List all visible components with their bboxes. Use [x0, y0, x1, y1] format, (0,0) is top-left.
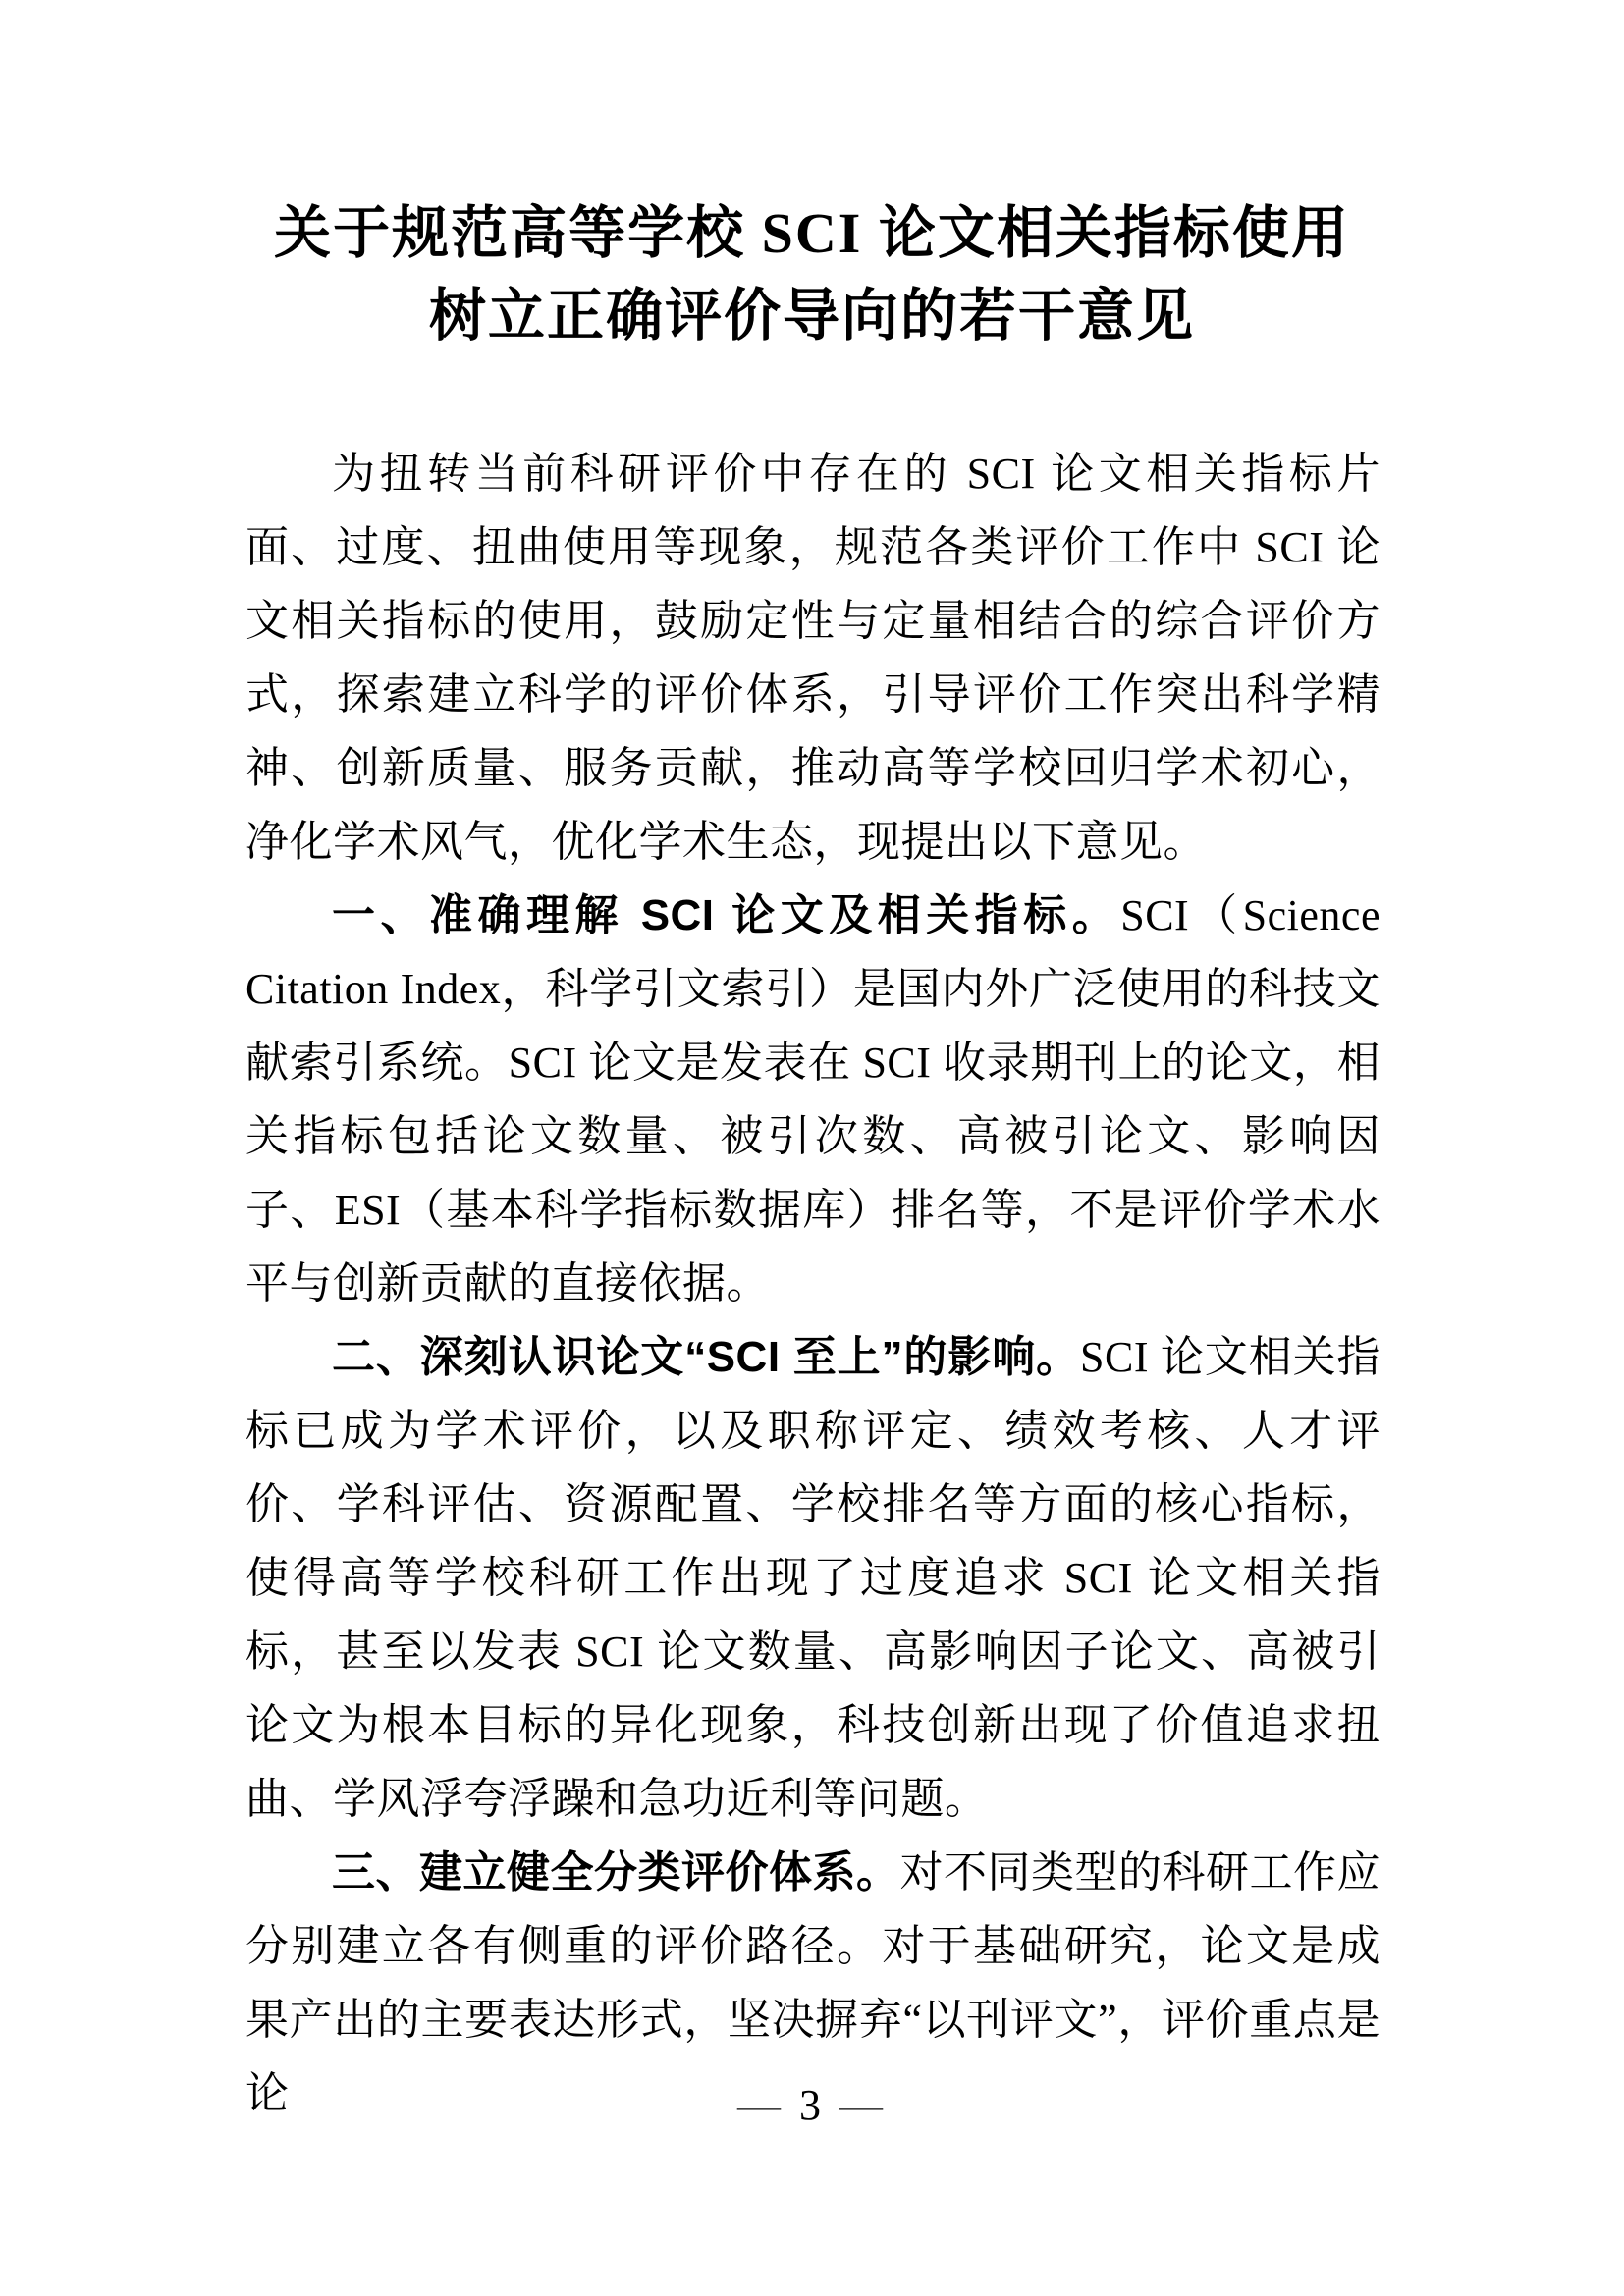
section-1-text: SCI（Science Citation Index，科学引文索引）是国内外广泛… — [245, 891, 1380, 1308]
document-title: 关于规范高等学校 SCI 论文相关指标使用 树立正确评价导向的若干意见 — [0, 192, 1624, 357]
section-1-heading-lead: 一、准确理解 SCI 论文及相关指标。 — [332, 891, 1120, 939]
document-page: 关于规范高等学校 SCI 论文相关指标使用 树立正确评价导向的若干意见 为扭转当… — [0, 0, 1624, 2296]
page-number: — 3 — — [737, 2081, 887, 2129]
document-body: 为扭转当前科研评价中存在的 SCI 论文相关指标片面、过度、扭曲使用等现象，规范… — [245, 437, 1380, 2130]
paragraph-section-1: 一、准确理解 SCI 论文及相关指标。SCI（Science Citation … — [245, 879, 1380, 1320]
paragraph-section-2: 二、深刻认识论文“SCI 至上”的影响。SCI 论文相关指标已成为学术评价，以及… — [245, 1320, 1380, 1836]
page-footer: — 3 — — [0, 2073, 1624, 2138]
paragraph-intro-text: 为扭转当前科研评价中存在的 SCI 论文相关指标片面、过度、扭曲使用等现象，规范… — [245, 450, 1380, 866]
title-line-2: 树立正确评价导向的若干意见 — [0, 275, 1624, 357]
section-2-heading-lead: 二、深刻认识论文“SCI 至上”的影响。 — [332, 1333, 1080, 1381]
section-3-heading-lead: 三、建立健全分类评价体系。 — [332, 1848, 900, 1896]
section-2-text: SCI 论文相关指标已成为学术评价，以及职称评定、绩效考核、人才评价、学科评估、… — [245, 1333, 1380, 1823]
title-line-1: 关于规范高等学校 SCI 论文相关指标使用 — [0, 192, 1624, 275]
paragraph-intro: 为扭转当前科研评价中存在的 SCI 论文相关指标片面、过度、扭曲使用等现象，规范… — [245, 437, 1380, 879]
